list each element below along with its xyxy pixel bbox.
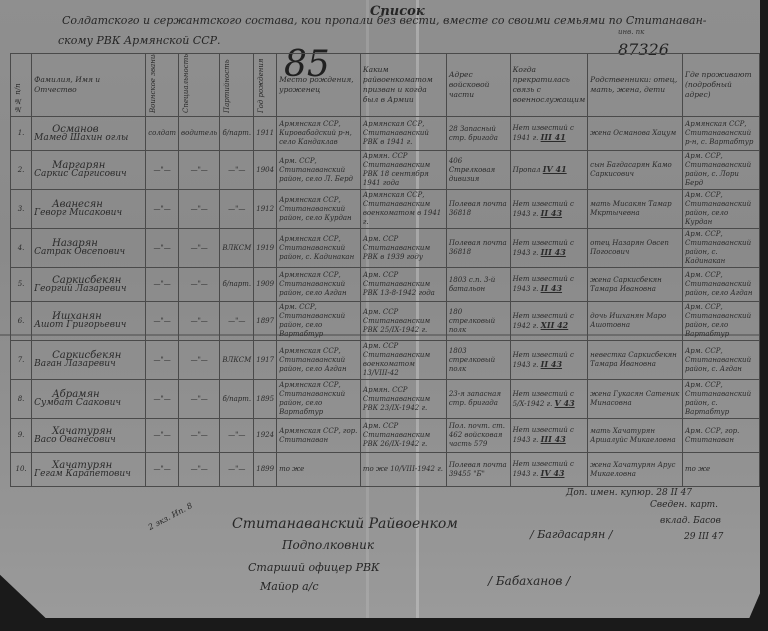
num-cell: 4.: [11, 229, 32, 268]
birthplace-cell: то же: [277, 453, 361, 487]
given-name: Геворг Мисакович: [34, 209, 143, 218]
num-cell: 5.: [11, 268, 32, 302]
col-party: Партийность: [222, 57, 232, 113]
party-cell: —"—: [220, 190, 254, 229]
col-num: №№ п/п: [13, 57, 23, 113]
title-line-1: Солдатского и сержантского состава, кои …: [62, 14, 707, 27]
col-missing: Когда прекратилась связь с военнослужащи…: [510, 54, 588, 117]
birth-year-cell: 1912: [254, 190, 277, 229]
missing-mark: III 43: [541, 434, 566, 444]
party-cell: —"—: [220, 151, 254, 190]
name-cell: МаргарянСаркис Саргисович: [32, 151, 146, 190]
missing-mark: II 43: [541, 208, 562, 218]
relatives-cell: мать Мисакян Тамар Мкртычевна: [588, 190, 683, 229]
given-name: Ашот Григорьевич: [34, 321, 143, 330]
table-header: №№ п/п Фамилия, Имя и Отчество Воинское …: [11, 54, 760, 117]
specialty-cell: водитель: [179, 117, 220, 151]
drafted-cell: Арм. ССР Ститанаванским РВК 25/IX-1942 г…: [360, 302, 446, 341]
relatives-cell: жена Саркисбекян Тамара Ивановна: [588, 268, 683, 302]
birth-year-cell: 1917: [254, 341, 277, 380]
drafted-cell: Армянская ССР, Ститанаванский РВК в 1941…: [360, 117, 446, 151]
missing-mark: IV 43: [541, 468, 565, 478]
missing-cell: Нет известий с 1941 г. III 41: [510, 117, 588, 151]
col-drafted: Каким райвоенкоматом призван и когда был…: [360, 54, 446, 117]
birthplace-cell: Армянская ССР, Кировабадский р-н, село К…: [277, 117, 361, 151]
rank-cell: —"—: [146, 453, 179, 487]
residence-cell: Арм. ССР, Ститанаванский район, село Вар…: [683, 302, 760, 341]
drafted-cell: Арм. ССР Ститанаванским РВК 26/IX-1942 г…: [360, 419, 446, 453]
personnel-table: №№ п/п Фамилия, Имя и Отчество Воинское …: [10, 53, 760, 487]
name-cell: АванесянГеворг Мисакович: [32, 190, 146, 229]
missing-cell: Нет известий с 1943 г. III 43: [510, 229, 588, 268]
missing-cell: Нет известий с 1943 г. II 43: [510, 190, 588, 229]
specialty-cell: —"—: [179, 453, 220, 487]
signature-1: / Багдасарян /: [530, 528, 612, 541]
drafted-cell: Армян. ССР Ститанаванским РВК 18 сентябр…: [360, 151, 446, 190]
unit-cell: 28 Запасный стр. бригада: [446, 117, 510, 151]
given-name: Гегам Карапетович: [34, 470, 143, 479]
birthplace-cell: Арм. ССР, Ститанаванский район, село Вар…: [277, 302, 361, 341]
num-cell: 2.: [11, 151, 32, 190]
col-relatives: Родственники: отец, мать, жена, дети: [588, 54, 683, 117]
missing-cell: Нет известий с 5/X-1942 г. V 43: [510, 380, 588, 419]
missing-mark: II 43: [541, 283, 562, 293]
unit-cell: 180 стрелковый полк: [446, 302, 510, 341]
drafted-cell: Армян. ССР Ститанаванским РВК 23/IX-1942…: [360, 380, 446, 419]
col-birthplace: Место рождения, уроженец: [277, 54, 361, 117]
given-name: Мамед Шахин оглы: [34, 134, 143, 143]
unit-cell: Пол. почт. ст. 462 войсковая часть 579: [446, 419, 510, 453]
num-cell: 9.: [11, 419, 32, 453]
drafted-cell: Арм. ССР Ститанаванским РВК 13-8-1942 го…: [360, 268, 446, 302]
org-line-1: Ститанаванский Райвоенком: [232, 516, 458, 532]
margin-note: 2 экз. Ип. 8: [147, 501, 194, 532]
missing-text: Пропал: [513, 166, 541, 174]
rank-cell: —"—: [146, 380, 179, 419]
missing-mark: II 43: [541, 359, 562, 369]
missing-cell: Нет известий с 1943 г. III 43: [510, 419, 588, 453]
name-cell: ХачатурянВасо Ованесович: [32, 419, 146, 453]
num-cell: 3.: [11, 190, 32, 229]
num-cell: 6.: [11, 302, 32, 341]
birth-year-cell: 1904: [254, 151, 277, 190]
party-cell: б/парт.: [220, 117, 254, 151]
residence-cell: то же: [683, 453, 760, 487]
birthplace-cell: Армянская ССР, Ститанаванский район, сел…: [277, 268, 361, 302]
missing-mark: III 43: [541, 247, 566, 257]
rank-cell: —"—: [146, 151, 179, 190]
missing-cell: Нет известий с 1942 г. XII 42: [510, 302, 588, 341]
table-row: 6.ИшханянАшот Григорьевич—"——"——"—1897Ар…: [11, 302, 760, 341]
col-residence: Где проживают (подробный адрес): [683, 54, 760, 117]
residence-cell: Арм. ССР, Ститанаванский район, с. Лори …: [683, 151, 760, 190]
num-cell: 10.: [11, 453, 32, 487]
drafted-cell: то же 10/VIII-1942 г.: [360, 453, 446, 487]
given-name: Сатрак Овсепович: [34, 248, 143, 257]
missing-cell: Нет известий с 1943 г. II 43: [510, 341, 588, 380]
unit-cell: 406 Стрелковая дивизия: [446, 151, 510, 190]
name-cell: АбрамянСумбат Саакович: [32, 380, 146, 419]
specialty-cell: —"—: [179, 380, 220, 419]
col-specialty: Специальность: [181, 57, 191, 113]
birth-year-cell: 1899: [254, 453, 277, 487]
missing-mark: IV 41: [543, 164, 567, 174]
col-name: Фамилия, Имя и Отчество: [32, 54, 146, 117]
birth-year-cell: 1911: [254, 117, 277, 151]
unit-cell: Полевая почта 36818: [446, 229, 510, 268]
relatives-cell: сын Багдасарян Камо Саркисович: [588, 151, 683, 190]
relatives-cell: невестка Саркисбекян Тамара Ивановна: [588, 341, 683, 380]
rank-cell: —"—: [146, 302, 179, 341]
given-name: Саркис Саргисович: [34, 170, 143, 179]
archive-stamp: инв. пк: [618, 28, 644, 36]
col-birth-year: Год рождения: [256, 57, 266, 113]
given-name: Сумбат Саакович: [34, 399, 143, 408]
rank-cell: —"—: [146, 190, 179, 229]
document-page: Список Солдатского и сержантского состав…: [0, 0, 760, 618]
num-cell: 1.: [11, 117, 32, 151]
birthplace-cell: Армянская ССР, Ститанаванский район, сел…: [277, 380, 361, 419]
party-cell: —"—: [220, 419, 254, 453]
officer-line-1: Старший офицер РВК: [248, 561, 380, 574]
specialty-cell: —"—: [179, 268, 220, 302]
given-name: Ваган Лазаревич: [34, 360, 143, 369]
table-row: 3.АванесянГеворг Мисакович—"——"——"—1912А…: [11, 190, 760, 229]
missing-mark: III 41: [541, 132, 566, 142]
table-row: 1.ОсмановМамед Шахин оглысолдатводительб…: [11, 117, 760, 151]
table-row: 10.ХачатурянГегам Карапетович—"——"——"—18…: [11, 453, 760, 487]
relatives-cell: мать Хачатурян Аршалуйс Микаеловна: [588, 419, 683, 453]
signature-2: / Бабаханов /: [488, 574, 570, 588]
given-name: Васо Ованесович: [34, 436, 143, 445]
party-cell: б/парт.: [220, 268, 254, 302]
party-cell: ВЛКСМ: [220, 229, 254, 268]
relatives-cell: отец Назарян Овсеп Погосович: [588, 229, 683, 268]
residence-cell: Арм. ССР, гор. Ститанаван: [683, 419, 760, 453]
missing-mark: V 43: [555, 398, 575, 408]
name-cell: НазарянСатрак Овсепович: [32, 229, 146, 268]
relatives-cell: жена Хачатурян Арус Микаеловна: [588, 453, 683, 487]
birthplace-cell: Армянская ССР, Ститанаванский район, сел…: [277, 190, 361, 229]
specialty-cell: —"—: [179, 190, 220, 229]
title-line-2: скому РВК Армянской ССР.: [58, 34, 221, 47]
birth-year-cell: 1909: [254, 268, 277, 302]
birthplace-cell: Армянская ССР, Ститанаванский район, сел…: [277, 341, 361, 380]
specialty-cell: —"—: [179, 229, 220, 268]
table-row: 2.МаргарянСаркис Саргисович—"——"——"—1904…: [11, 151, 760, 190]
missing-mark: XII 42: [541, 320, 569, 330]
stamp-line-1: Сведен. карт.: [650, 500, 718, 510]
officer-line-2: Майор а/с: [260, 580, 319, 593]
table-row: 4.НазарянСатрак Овсепович—"——"—ВЛКСМ1919…: [11, 229, 760, 268]
drafted-cell: Армянская ССР, Ститанаванским военкомато…: [360, 190, 446, 229]
name-cell: ИшханянАшот Григорьевич: [32, 302, 146, 341]
name-cell: СаркисбекянГеоргий Лазаревич: [32, 268, 146, 302]
party-cell: —"—: [220, 302, 254, 341]
party-cell: —"—: [220, 453, 254, 487]
residence-cell: Арм. ССР, Ститанаванский район, с. Варта…: [683, 380, 760, 419]
residence-cell: Арм. ССР, Ститанаванский район, с. Кадин…: [683, 229, 760, 268]
birthplace-cell: Армянская ССР, Ститанаванский район, с. …: [277, 229, 361, 268]
specialty-cell: —"—: [179, 419, 220, 453]
drafted-cell: Арм. ССР Ститанаванским РВК в 1939 году: [360, 229, 446, 268]
rank-cell: солдат: [146, 117, 179, 151]
table-row: 7.СаркисбекянВаган Лазаревич—"——"—ВЛКСМ1…: [11, 341, 760, 380]
party-cell: б/парт.: [220, 380, 254, 419]
residence-cell: Арм. ССР, Ститанаванский район, село Агд…: [683, 268, 760, 302]
col-rank: Воинское звание: [148, 57, 158, 113]
rank-cell: —"—: [146, 419, 179, 453]
birthplace-cell: Арм. ССР, Ститанаванский район, село Л. …: [277, 151, 361, 190]
given-name: Георгий Лазаревич: [34, 285, 143, 294]
birth-year-cell: 1919: [254, 229, 277, 268]
residence-cell: Армянская ССР, Ститанаванский р-н, с. Ва…: [683, 117, 760, 151]
specialty-cell: —"—: [179, 302, 220, 341]
name-cell: ОсмановМамед Шахин оглы: [32, 117, 146, 151]
specialty-cell: —"—: [179, 151, 220, 190]
unit-cell: Полевая почта 39455 "Б": [446, 453, 510, 487]
table-row: 8.АбрамянСумбат Саакович—"——"—б/парт.189…: [11, 380, 760, 419]
rank-cell: —"—: [146, 341, 179, 380]
missing-cell: Нет известий с 1943 г. II 43: [510, 268, 588, 302]
birth-year-cell: 1895: [254, 380, 277, 419]
num-cell: 7.: [11, 341, 32, 380]
relatives-cell: жена Гукасян Сатеник Минасовна: [588, 380, 683, 419]
unit-cell: 1803 с.п. 3-й батальон: [446, 268, 510, 302]
org-line-2: Подполковник: [282, 538, 374, 552]
note-right: Доп. имен. купюр. 28 II 47: [566, 488, 692, 498]
residence-cell: Арм. ССР, Ститанаванский район, с. Агдан: [683, 341, 760, 380]
birthplace-cell: Армянская ССР, гор. Ститанаван: [277, 419, 361, 453]
residence-cell: Арм. ССР, Ститанаванский район, село Кур…: [683, 190, 760, 229]
rank-cell: —"—: [146, 229, 179, 268]
party-cell: ВЛКСМ: [220, 341, 254, 380]
birth-year-cell: 1897: [254, 302, 277, 341]
num-cell: 8.: [11, 380, 32, 419]
missing-cell: Пропал IV 41: [510, 151, 588, 190]
drafted-cell: Арм. ССР Ститанаванским военкоматом 13/V…: [360, 341, 446, 380]
name-cell: СаркисбекянВаган Лазаревич: [32, 341, 146, 380]
relatives-cell: дочь Ишханян Маро Ашотовна: [588, 302, 683, 341]
unit-cell: 23-я запасная стр. бригада: [446, 380, 510, 419]
birth-year-cell: 1924: [254, 419, 277, 453]
relatives-cell: жена Османова Хацум: [588, 117, 683, 151]
table-row: 5.СаркисбекянГеоргий Лазаревич—"——"—б/па…: [11, 268, 760, 302]
rank-cell: —"—: [146, 268, 179, 302]
name-cell: ХачатурянГегам Карапетович: [32, 453, 146, 487]
col-unit: Адрес войсковой части: [446, 54, 510, 117]
specialty-cell: —"—: [179, 341, 220, 380]
unit-cell: Полевая почта 36818: [446, 190, 510, 229]
stamp-date: 29 III 47: [684, 532, 723, 542]
stamp-line-2: вклад. Басов: [660, 516, 721, 526]
table-row: 9.ХачатурянВасо Ованесович—"——"——"—1924А…: [11, 419, 760, 453]
missing-cell: Нет известий с 1943 г. IV 43: [510, 453, 588, 487]
unit-cell: 1803 стрелковый полк: [446, 341, 510, 380]
